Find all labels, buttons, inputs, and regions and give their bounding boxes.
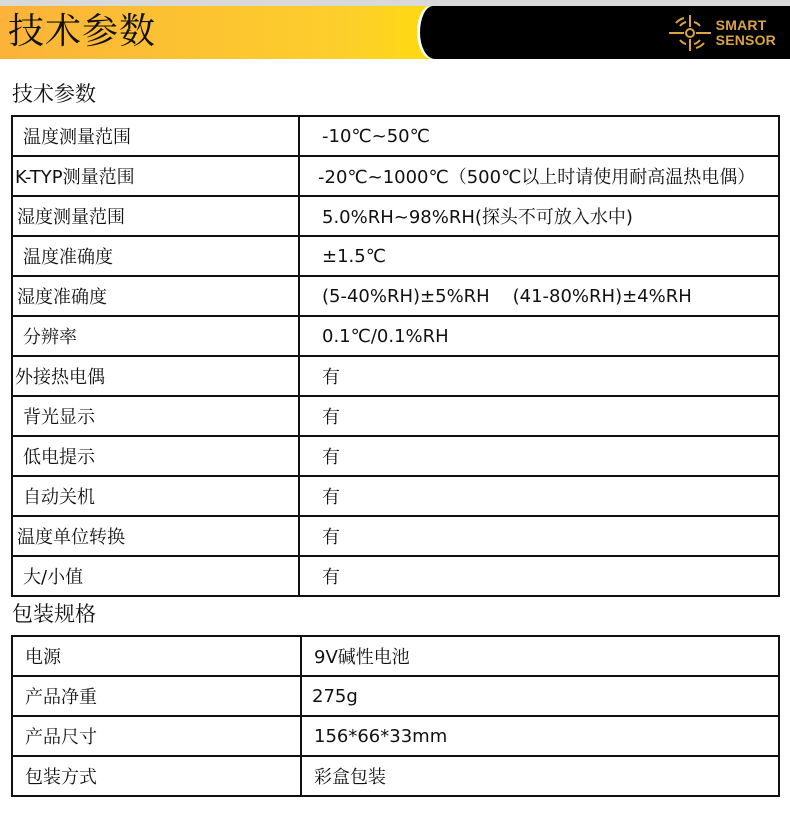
table-row: 大/小值有 xyxy=(12,556,779,596)
section-title-tech: 技术参数 xyxy=(12,80,96,108)
row-label: 外接热电偶 xyxy=(12,356,299,396)
table-row: 外接热电偶有 xyxy=(12,356,779,396)
row-label: K-TYP测量范围 xyxy=(12,156,299,196)
brand-logo: SMART SENSOR xyxy=(668,14,776,52)
row-value: 彩盒包装 xyxy=(301,756,779,796)
row-value: 156*66*33mm xyxy=(301,716,779,756)
row-label: 低电提示 xyxy=(12,436,299,476)
table-row: 温度准确度±1.5℃ xyxy=(12,236,779,276)
row-label: 产品净重 xyxy=(12,676,301,716)
table-row: K-TYP测量范围-20℃~1000℃（500℃以上时请使用耐高温热电偶） xyxy=(12,156,779,196)
row-value: 有 xyxy=(299,396,779,436)
row-label: 包装方式 xyxy=(12,756,301,796)
package-spec-table: 电源9V碱性电池 产品净重275g 产品尺寸156*66*33mm 包装方式彩盒… xyxy=(11,635,780,797)
row-label: 背光显示 xyxy=(12,396,299,436)
table-row: 湿度准确度(5-40%RH)±5%RH (41-80%RH)±4%RH xyxy=(12,276,779,316)
row-value: -10℃~50℃ xyxy=(299,116,779,156)
row-label: 产品尺寸 xyxy=(12,716,301,756)
section-title-package: 包装规格 xyxy=(12,600,96,628)
row-value: 有 xyxy=(299,476,779,516)
row-label: 湿度准确度 xyxy=(12,276,299,316)
row-label: 温度准确度 xyxy=(12,236,299,276)
row-label: 大/小值 xyxy=(12,556,299,596)
row-label: 温度单位转换 xyxy=(12,516,299,556)
row-value: 有 xyxy=(299,356,779,396)
table-row: 温度单位转换有 xyxy=(12,516,779,556)
table-row: 自动关机有 xyxy=(12,476,779,516)
row-label: 自动关机 xyxy=(12,476,299,516)
crosshair-target-icon xyxy=(668,14,712,52)
row-value: 有 xyxy=(299,556,779,596)
table-row: 电源9V碱性电池 xyxy=(12,636,779,676)
row-value: 有 xyxy=(299,436,779,476)
table-row: 温度测量范围-10℃~50℃ xyxy=(12,116,779,156)
row-value: 5.0%RH~98%RH(探头不可放入水中) xyxy=(299,196,779,236)
row-value: ±1.5℃ xyxy=(299,236,779,276)
row-value: -20℃~1000℃（500℃以上时请使用耐高温热电偶） xyxy=(299,156,779,196)
logo-panel: SMART SENSOR xyxy=(420,6,790,59)
row-value: 9V碱性电池 xyxy=(301,636,779,676)
row-value: 275g xyxy=(301,676,779,716)
row-value: 有 xyxy=(299,516,779,556)
table-row: 湿度测量范围5.0%RH~98%RH(探头不可放入水中) xyxy=(12,196,779,236)
header-banner: 技术参数 SMART SENSO xyxy=(0,6,790,59)
table-row: 低电提示有 xyxy=(12,436,779,476)
row-label: 电源 xyxy=(12,636,301,676)
table-row: 分辨率0.1℃/0.1%RH xyxy=(12,316,779,356)
tech-spec-table: 温度测量范围-10℃~50℃ K-TYP测量范围-20℃~1000℃（500℃以… xyxy=(11,115,780,597)
table-row: 产品净重275g xyxy=(12,676,779,716)
row-label: 湿度测量范围 xyxy=(12,196,299,236)
row-value: 0.1℃/0.1%RH xyxy=(299,316,779,356)
logo-text: SMART SENSOR xyxy=(716,18,776,48)
table-row: 包装方式彩盒包装 xyxy=(12,756,779,796)
row-label: 温度测量范围 xyxy=(12,116,299,156)
row-value: (5-40%RH)±5%RH (41-80%RH)±4%RH xyxy=(299,276,779,316)
table-row: 产品尺寸156*66*33mm xyxy=(12,716,779,756)
table-row: 背光显示有 xyxy=(12,396,779,436)
banner-title: 技术参数 xyxy=(8,10,156,54)
row-label: 分辨率 xyxy=(12,316,299,356)
